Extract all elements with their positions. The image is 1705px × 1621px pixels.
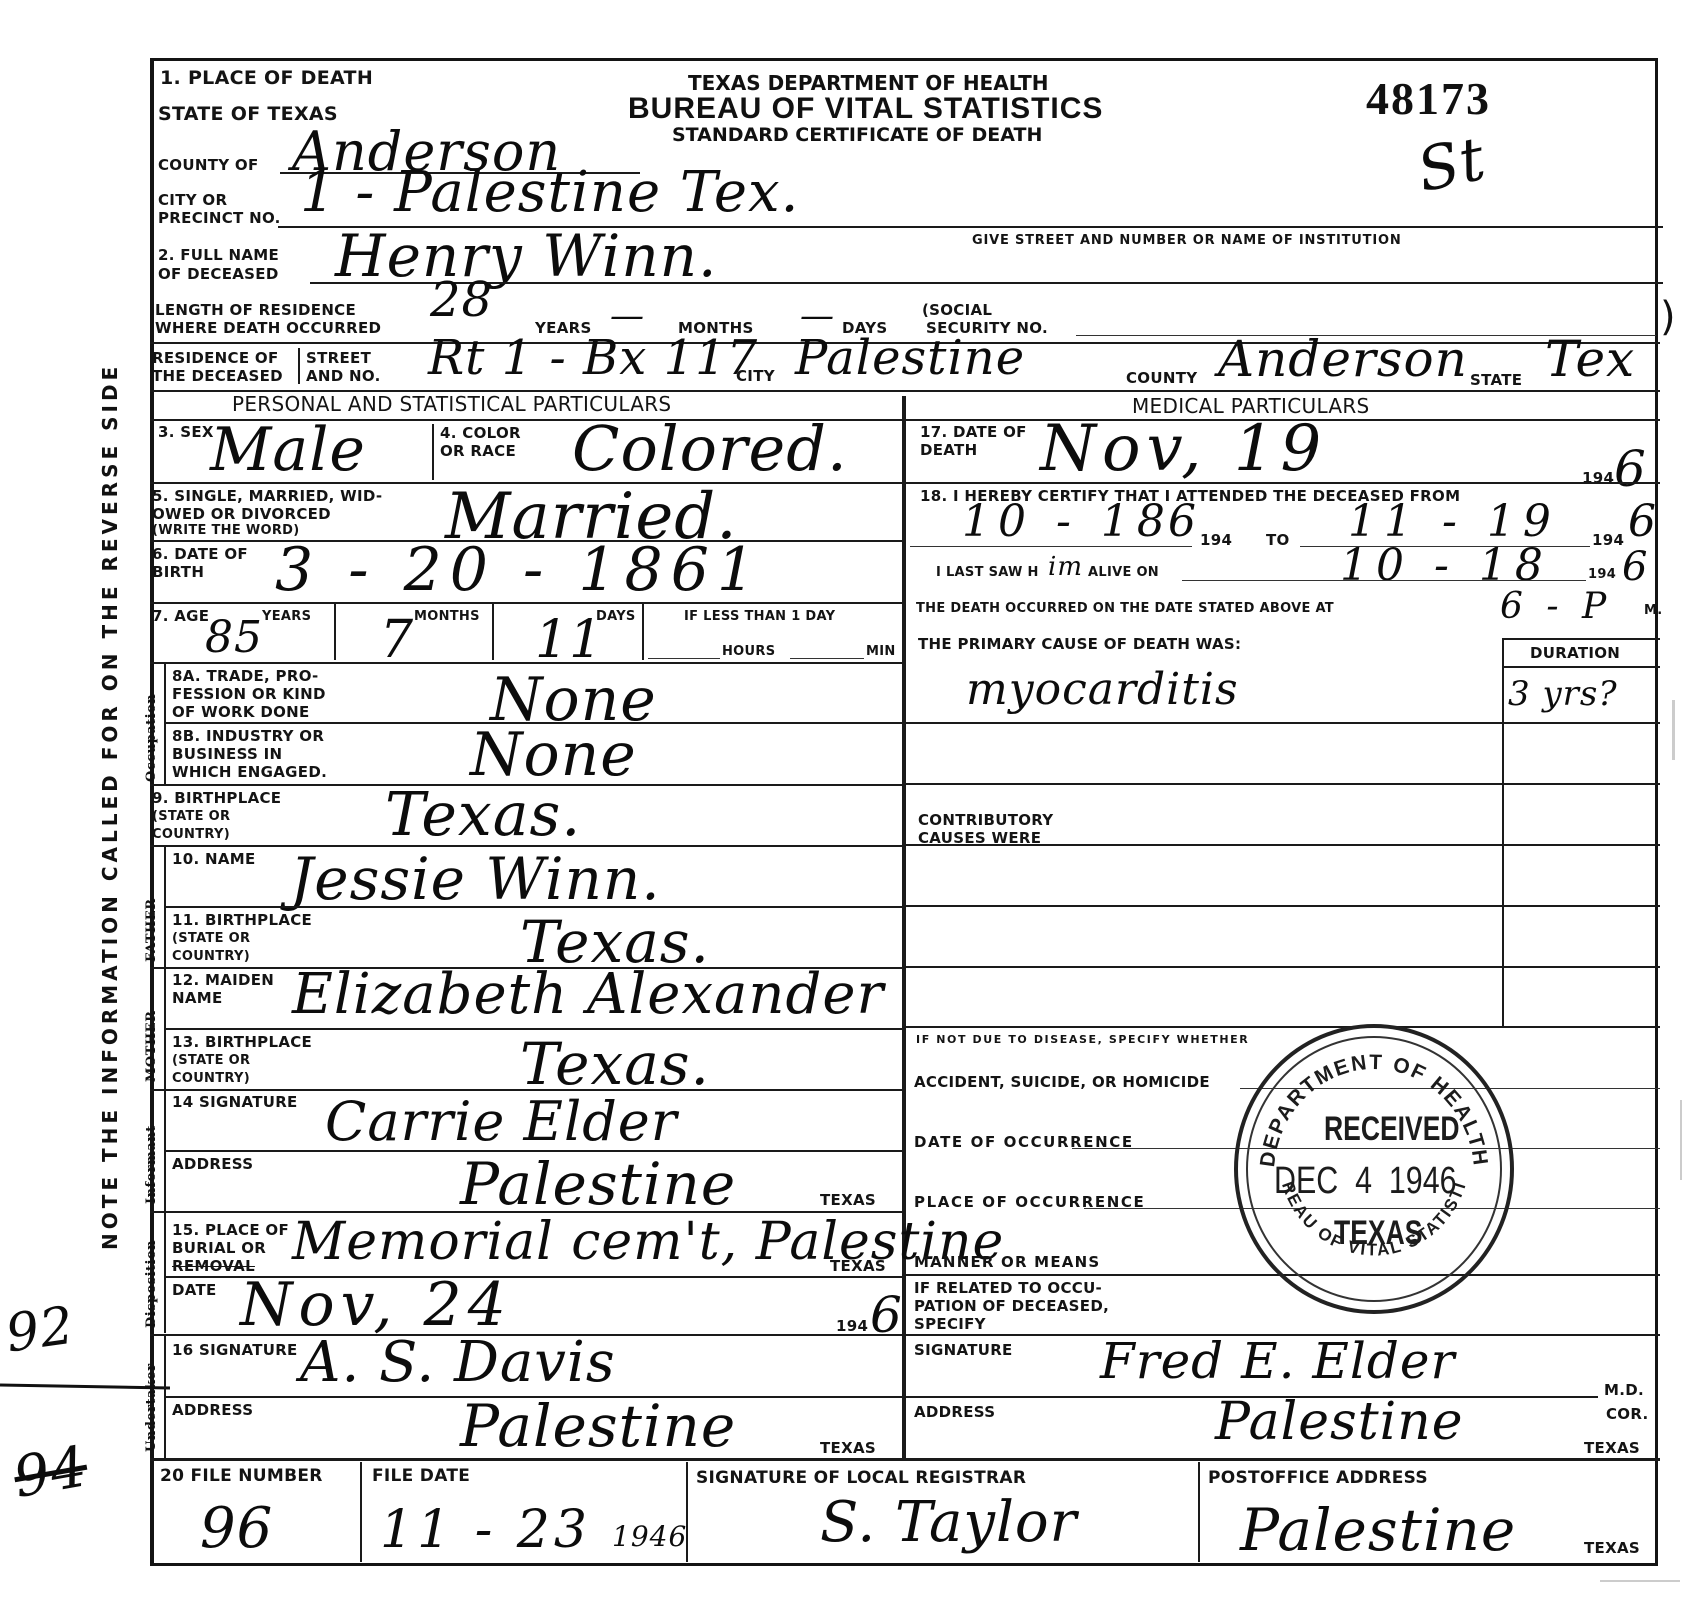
date-of-death-value[interactable]: Nov, 19 [1040, 412, 1327, 486]
physician-signature-value[interactable]: Fred E. Elder [1100, 1332, 1455, 1390]
certificate-form-title: STANDARD CERTIFICATE OF DEATH [672, 124, 1042, 146]
marital-label-1: 5. SINGLE, MARRIED, WID- [152, 488, 382, 504]
industry-label-3: WHICH ENGAGED. [172, 764, 327, 780]
age-days-value[interactable]: 11 [535, 610, 603, 670]
full-name-label-1: 2. FULL NAME [158, 247, 279, 263]
file-date-year[interactable]: 1946 [612, 1520, 687, 1553]
received-stamp: DEPARTMENT OF HEALTH BUREAU OF VITAL STA… [1234, 1024, 1514, 1314]
dod-year-suffix[interactable]: 6 [1614, 440, 1647, 498]
res-state-label: STATE [1470, 372, 1522, 388]
industry-label-1: 8B. INDUSTRY OR [172, 728, 324, 744]
mother-name-value[interactable]: Elizabeth Alexander [292, 962, 884, 1027]
registrar-initials: St [1411, 124, 1491, 206]
race-value[interactable]: Colored. [572, 412, 848, 485]
physician-texas-label: TEXAS [1584, 1440, 1640, 1456]
ssn-close-paren: ) [1660, 294, 1676, 340]
age-years-value[interactable]: 85 [205, 612, 263, 663]
residence-length-label-1: LENGTH OF RESIDENCE [155, 302, 356, 318]
birthplace-value[interactable]: Texas. [385, 780, 581, 850]
certificate-number: 48173 [1366, 72, 1491, 125]
residence-label-1: RESIDENCE OF [152, 350, 279, 366]
occupation-related-label-1: IF RELATED TO OCCU- [914, 1280, 1102, 1296]
informant-texas-label: TEXAS [820, 1192, 876, 1208]
mother-birthplace-value[interactable]: Texas. [520, 1030, 710, 1098]
mother-name-label-1: 12. MAIDEN [172, 972, 274, 988]
undertaker-signature-label: 16 SIGNATURE [172, 1342, 298, 1358]
dob-label-1: 6. DATE OF [152, 546, 248, 562]
deceased-name-value[interactable]: Henry Winn. [335, 222, 717, 290]
mother-name-label-2: NAME [172, 990, 223, 1006]
res-county-label: COUNTY [1126, 370, 1197, 386]
disposition-side-label: Disposition [144, 1240, 159, 1328]
industry-label-2: BUSINESS IN [172, 746, 282, 762]
age-months-label: MONTHS [414, 610, 480, 624]
father-birthplace-label-2: (STATE OR [172, 932, 250, 946]
reverse-side-note: NOTE THE INFORMATION CALLED FOR ON THE R… [98, 363, 122, 1250]
mother-side-label: MOTHER [144, 1011, 159, 1082]
undertaker-side-label: Undertaker [144, 1363, 159, 1452]
undertaker-address-value[interactable]: Palestine [460, 1392, 736, 1460]
residence-years-value[interactable]: 28 [430, 272, 493, 328]
sex-label: 3. SEX [158, 424, 214, 440]
trade-label-1: 8A. TRADE, PRO- [172, 668, 319, 684]
personal-section-title: PERSONAL AND STATISTICAL PARTICULARS [232, 396, 671, 412]
mother-birthplace-label-2: (STATE OR [172, 1054, 250, 1068]
marital-label-2: OWED OR DIVORCED [152, 506, 331, 522]
duration-label: DURATION [1530, 645, 1620, 661]
physician-address-value[interactable]: Palestine [1215, 1392, 1464, 1452]
last-saw-year-suffix[interactable]: 6 [1622, 544, 1648, 590]
street-institution-hint: GIVE STREET AND NUMBER OR NAME OF INSTIT… [972, 234, 1402, 248]
residence-city-value[interactable]: Palestine [795, 330, 1025, 386]
undertaker-texas-label: TEXAS [820, 1440, 876, 1456]
informant-side-label: Informant [144, 1125, 159, 1204]
primary-cause-duration[interactable]: 3 yrs? [1508, 674, 1618, 714]
last-saw-value[interactable]: 10 - 18 [1340, 540, 1551, 591]
death-time-value[interactable]: 6 - P [1500, 586, 1612, 627]
mother-birthplace-label-1: 13. BIRTHPLACE [172, 1034, 312, 1050]
sex-value[interactable]: Male [210, 415, 366, 485]
physician-signature-label: SIGNATURE [914, 1342, 1013, 1358]
birthplace-label-3: COUNTRY) [152, 828, 230, 842]
father-name-label: 10. NAME [172, 851, 256, 867]
street-label-2: AND NO. [306, 368, 381, 384]
contributory-label-1: CONTRIBUTORY [918, 812, 1053, 828]
margin-mark-upper: 92 [2, 1296, 78, 1365]
attended-from-year-suffix[interactable]: 6 [1168, 496, 1197, 547]
registrar-label: SIGNATURE OF LOCAL REGISTRAR [696, 1470, 1026, 1486]
last-saw-him[interactable]: im [1048, 552, 1083, 582]
dod-label-2: DEATH [920, 442, 977, 458]
dob-value[interactable]: 3 - 20 - 1861 [275, 535, 763, 605]
postoffice-texas-label: TEXAS [1584, 1540, 1640, 1556]
birthplace-label-1: 9. BIRTHPLACE [152, 790, 281, 806]
not-disease-label: IF NOT DUE TO DISEASE, SPECIFY WHETHER [916, 1034, 1249, 1046]
burial-texas-label: TEXAS [830, 1258, 886, 1274]
undertaker-signature-value[interactable]: A. S. Davis [300, 1330, 616, 1395]
attended-to-year-prefix: 194 [1592, 532, 1624, 548]
age-label: 7. AGE [152, 608, 209, 624]
father-birthplace-label-1: 11. BIRTHPLACE [172, 912, 312, 928]
father-side-label: FATHER [144, 898, 159, 962]
margin-mark-lower: 94 [9, 1434, 92, 1511]
last-saw-label-1: I LAST SAW H [936, 566, 1039, 580]
age-days-label: DAYS [596, 610, 636, 624]
place-of-death-section-label: 1. PLACE OF DEATH [160, 70, 373, 86]
attended-from-year-prefix: 194 [1200, 532, 1232, 548]
attended-to-year-suffix[interactable]: 6 [1628, 496, 1657, 547]
occupation-related-label-3: SPECIFY [914, 1316, 986, 1332]
undertaker-address-label: ADDRESS [172, 1402, 253, 1418]
residence-county-value[interactable]: Anderson [1218, 330, 1468, 388]
registrar-signature-value[interactable]: S. Taylor [820, 1490, 1077, 1555]
ssn-label-1: (SOCIAL [922, 302, 992, 318]
burial-year-prefix: 194 [836, 1318, 868, 1334]
dod-label-1: 17. DATE OF [920, 424, 1027, 440]
burial-place-value[interactable]: Memorial cem't, Palestine [292, 1212, 1004, 1272]
cor-label: COR. [1606, 1406, 1649, 1422]
res-city-label: CITY [736, 368, 775, 384]
informant-address-label: ADDRESS [172, 1156, 253, 1172]
md-label: M.D. [1604, 1382, 1644, 1398]
primary-cause-label: THE PRIMARY CAUSE OF DEATH WAS: [918, 636, 1241, 652]
race-label-1: 4. COLOR [440, 425, 521, 441]
file-date-label: FILE DATE [372, 1468, 470, 1484]
county-of-label: COUNTY OF [158, 157, 259, 173]
postoffice-value[interactable]: Palestine [1240, 1496, 1516, 1564]
full-name-label-2: OF DECEASED [158, 266, 279, 282]
street-label-1: STREET [306, 350, 371, 366]
file-date-value[interactable]: 11 - 23 [380, 1500, 591, 1560]
burial-label-2: BURIAL OR [172, 1240, 266, 1256]
min-label: MIN [866, 645, 896, 659]
stamp-status: RECEIVED [1324, 1110, 1460, 1149]
postoffice-label: POSTOFFICE ADDRESS [1208, 1470, 1428, 1486]
occupation-side-label: Occupation [144, 694, 159, 782]
death-time-label: THE DEATH OCCURRED ON THE DATE STATED AB… [916, 602, 1334, 616]
trade-label-2: FESSION OR KIND [172, 686, 326, 702]
city-precinct-value[interactable]: 1 - Palestine Tex. [300, 160, 799, 225]
bureau-title: BUREAU OF VITAL STATISTICS [628, 92, 1103, 126]
residence-state-value[interactable]: Tex [1545, 330, 1635, 388]
father-birthplace-label-3: COUNTRY) [172, 950, 250, 964]
stamp-date: DEC 4 1946 [1274, 1160, 1457, 1203]
trade-label-3: OF WORK DONE [172, 704, 310, 720]
dob-label-2: BIRTH [152, 564, 204, 580]
residence-street-value[interactable]: Rt 1 - Bx 117 [428, 330, 758, 386]
hours-label: HOURS [722, 645, 775, 659]
informant-address-value[interactable]: Palestine [460, 1150, 736, 1218]
file-number-label: 20 FILE NUMBER [160, 1468, 323, 1484]
city-precinct-label-1: CITY OR [158, 192, 227, 208]
death-time-suffix: M. [1644, 604, 1662, 618]
occupation-related-label-2: PATION OF DECEASED, [914, 1298, 1109, 1314]
age-months-value[interactable]: 7 [380, 610, 414, 670]
residence-length-label-2: WHERE DEATH OCCURRED [155, 320, 381, 336]
residence-label-2: THE DECEASED [152, 368, 283, 384]
father-name-value[interactable]: Jessie Winn. [290, 845, 661, 913]
manner-label: MANNER OR MEANS [914, 1254, 1100, 1270]
city-precinct-label-2: PRECINCT NO. [158, 210, 281, 226]
attended-from-value[interactable]: 10 - 18 [962, 496, 1173, 547]
less-than-day-label: IF LESS THAN 1 DAY [684, 610, 835, 624]
physician-address-label: ADDRESS [914, 1404, 995, 1420]
stamp-state: TEXAS [1334, 1214, 1422, 1253]
informant-signature-label: 14 SIGNATURE [172, 1094, 298, 1110]
last-saw-label-2: ALIVE ON [1088, 566, 1159, 580]
primary-cause-value[interactable]: myocarditis [966, 664, 1239, 715]
informant-signature-value[interactable]: Carrie Elder [325, 1090, 678, 1153]
age-years-label: YEARS [262, 610, 311, 624]
last-saw-year-prefix: 194 [1588, 568, 1616, 582]
accident-label: ACCIDENT, SUICIDE, OR HOMICIDE [914, 1074, 1210, 1090]
birthplace-label-2: (STATE OR [152, 810, 230, 824]
race-label-2: OR RACE [440, 443, 516, 459]
to-label: TO [1266, 532, 1290, 548]
file-number-value[interactable]: 96 [200, 1496, 273, 1561]
burial-label-1: 15. PLACE OF [172, 1222, 289, 1238]
mother-birthplace-label-3: COUNTRY) [172, 1072, 250, 1086]
burial-date-label: DATE [172, 1282, 217, 1298]
